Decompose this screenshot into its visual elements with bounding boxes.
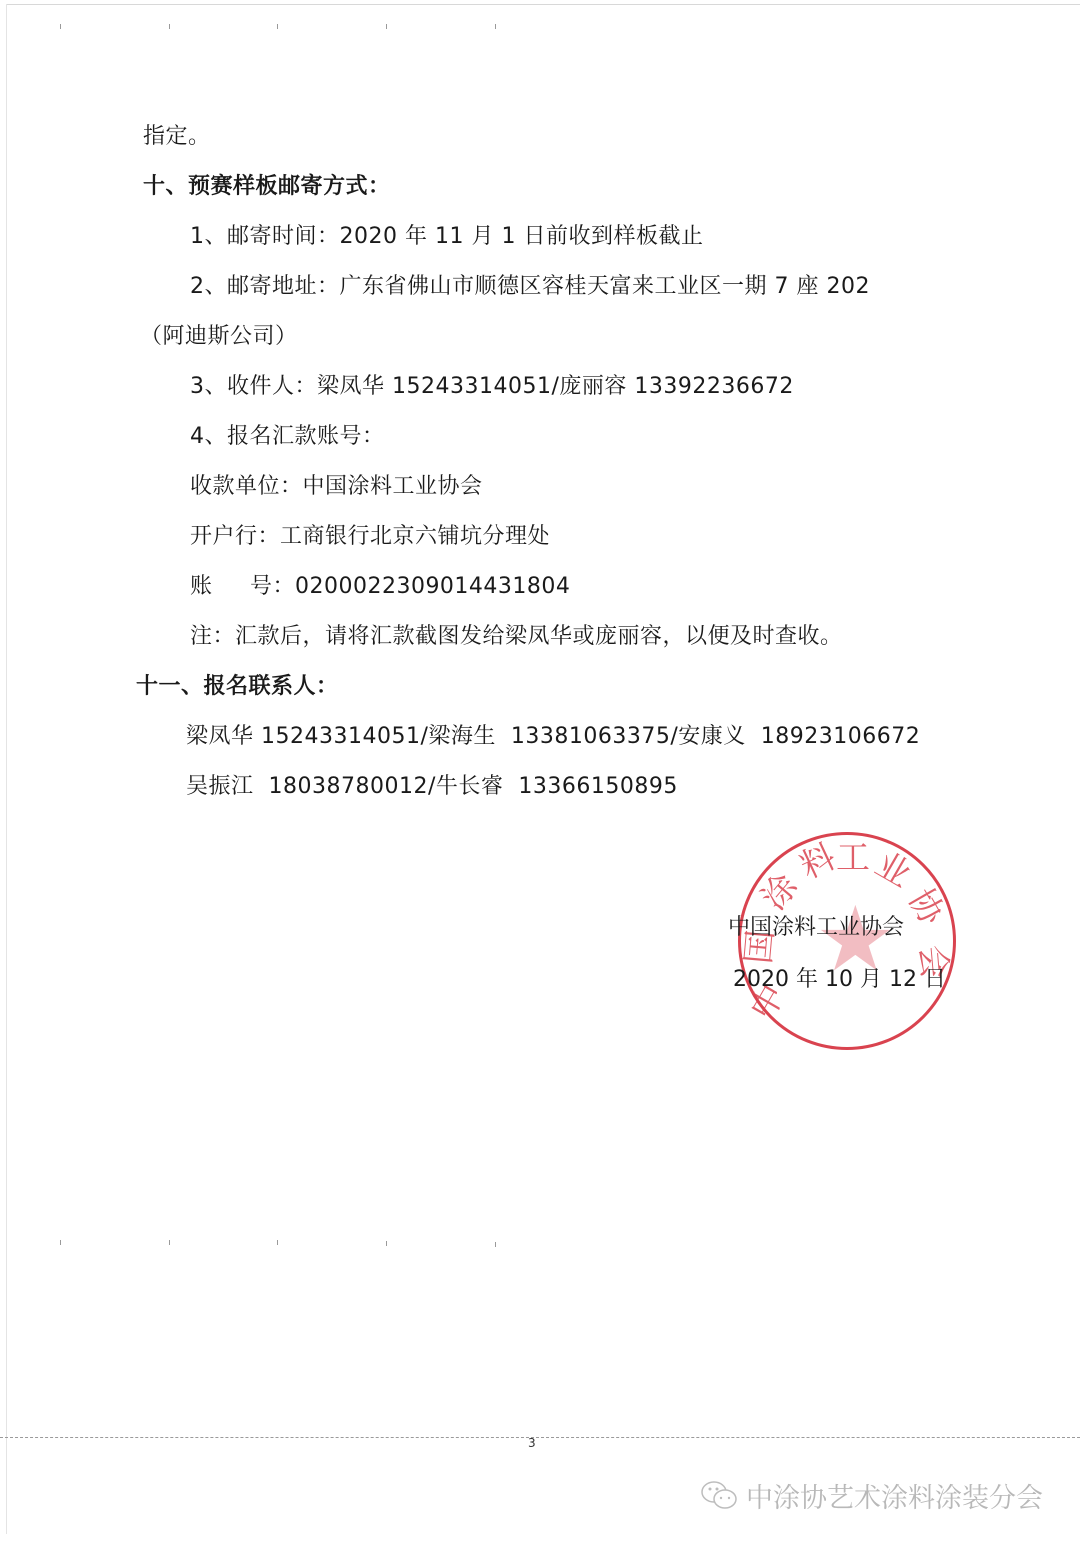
payee: 收款单位：中国涂料工业协会 bbox=[190, 472, 483, 502]
wechat-icon bbox=[700, 1479, 740, 1513]
watermark: 中涂协艺术涂料涂装分会 bbox=[700, 1476, 1043, 1515]
seal-char: 料 bbox=[795, 839, 840, 884]
mailing-address-company: （阿迪斯公司） bbox=[140, 322, 298, 352]
remittance-account-title: 4、报名汇款账号： bbox=[190, 422, 385, 452]
page-number: 3 bbox=[528, 1436, 536, 1450]
bank: 开户行：工商银行北京六铺坑分理处 bbox=[190, 522, 550, 552]
crop-mark bbox=[169, 24, 170, 29]
crop-mark bbox=[169, 1240, 170, 1245]
crop-mark bbox=[60, 1240, 61, 1245]
contact-line: 梁凤华 15243314051/梁海生 13381063375/安康义 1892… bbox=[186, 722, 920, 752]
continuation-text: 指定。 bbox=[143, 122, 211, 152]
contact-line: 吴振江 18038780012/牛长睿 13366150895 bbox=[186, 772, 678, 802]
seal-char: 工 bbox=[836, 841, 870, 875]
crop-mark bbox=[60, 24, 61, 29]
recipient: 3、收件人：梁凤华 15243314051/庞丽容 13392236672 bbox=[190, 372, 794, 402]
mailing-address: 2、邮寄地址：广东省佛山市顺德区容桂天富来工业区一期 7 座 202 bbox=[190, 272, 870, 302]
seal-char: 协 bbox=[903, 884, 949, 930]
signature-organization: 中国涂料工业协会 bbox=[728, 913, 904, 943]
mailing-time: 1、邮寄时间：2020 年 11 月 1 日前收到样板截止 bbox=[190, 222, 703, 252]
crop-mark bbox=[386, 1241, 387, 1246]
page-edge bbox=[6, 4, 1080, 5]
account-number: 账 号：0200022309014431804 bbox=[190, 572, 570, 602]
crop-mark bbox=[277, 1240, 278, 1245]
crop-mark bbox=[495, 1242, 496, 1247]
signature-date: 2020 年 10 月 12 日 bbox=[733, 965, 946, 995]
crop-mark bbox=[386, 24, 387, 29]
seal-char: 涂 bbox=[756, 868, 804, 916]
footer-rule bbox=[0, 1437, 1080, 1438]
section-10-title: 十、预赛样板邮寄方式： bbox=[143, 172, 391, 202]
remittance-note: 注：汇款后，请将汇款截图发给梁凤华或庞丽容，以便及时查收。 bbox=[190, 622, 843, 652]
crop-mark bbox=[277, 24, 278, 29]
crop-mark bbox=[495, 24, 496, 29]
page-edge bbox=[6, 4, 7, 1534]
watermark-text: 中涂协艺术涂料涂装分会 bbox=[746, 1476, 1043, 1515]
section-11-title: 十一、报名联系人： bbox=[136, 672, 339, 702]
